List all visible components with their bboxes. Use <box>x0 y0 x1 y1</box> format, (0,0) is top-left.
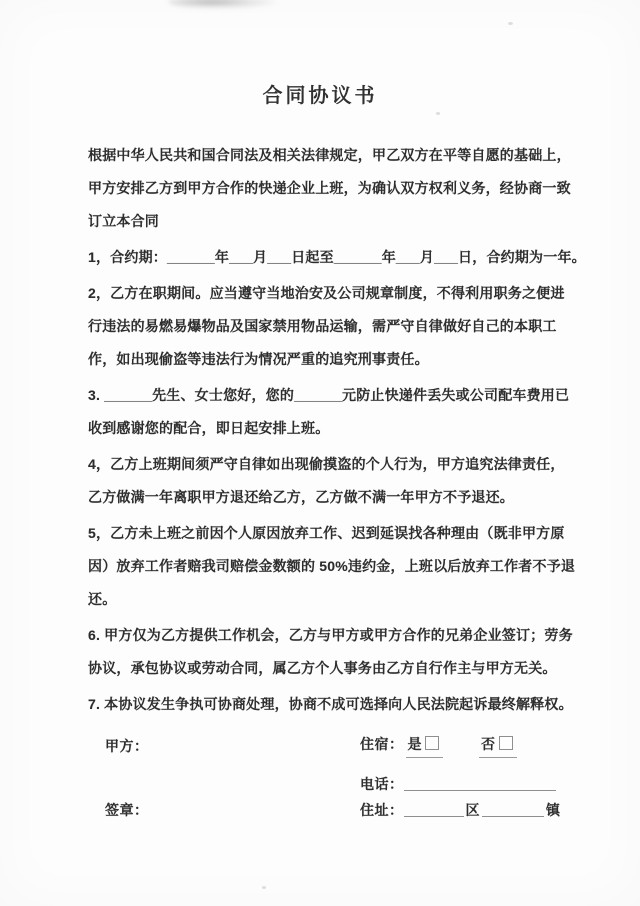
address-town-blank <box>482 803 544 817</box>
scanned-contract-page: 合同协议书 根据中华人民共和国合同法及相关法律规定，甲乙双方在平等自愿的基础上，… <box>0 0 640 906</box>
clause-1: 1，合约期：______年___月___日起至______年___月___日，合… <box>88 241 554 274</box>
address-district-blank <box>404 803 464 817</box>
text-line: 2，乙方在职期间。应当遵守当地治安及公司规章制度，不得利用职务之便进 <box>88 277 554 310</box>
text-line: 5，乙方未上班之前因个人原因放弃工作、迟到延误找各种理由（既非甲方原 <box>88 517 554 550</box>
intro-paragraph: 根据中华人民共和国合同法及相关法律规定，甲乙双方在平等自愿的基础上， 甲方安排乙… <box>88 139 554 238</box>
phone-blank-field <box>404 777 556 791</box>
lodging-label: 住宿： <box>360 736 404 752</box>
phone-row: 电话： <box>360 774 556 794</box>
lodging-yes-option: 是 <box>406 734 444 758</box>
phone-label: 电话： <box>360 776 404 792</box>
lodging-yes-checkbox <box>425 736 439 750</box>
scan-smudge-artifact <box>168 0 278 9</box>
text-line: 收到感谢您的配合，即日起安排上班。 <box>88 412 554 445</box>
text-line: 作，如出现偷盗等违法行为情况严重的追究刑事责任。 <box>88 343 554 376</box>
lodging-yes-label: 是 <box>408 736 423 752</box>
scan-speck <box>436 112 440 115</box>
text-line: 7. 本协议发生争执可协商处理，协商不成可选择向人民法院起诉最终解释权。 <box>88 688 554 721</box>
text-line: 甲方安排乙方到甲方合作的快递企业上班，为确认双方权利义务，经协商一致 <box>88 172 554 205</box>
text-line: 行违法的易燃易爆物品及国家禁用物品运输，需严守自律做好自己的本职工 <box>88 310 554 343</box>
lodging-no-label: 否 <box>481 736 496 752</box>
lodging-no-checkbox <box>499 736 513 750</box>
town-suffix: 镇 <box>546 802 561 818</box>
text-line: 乙方做满一年离职甲方退还给乙方，乙方做不满一年甲方不予退还。 <box>88 481 554 514</box>
lodging-row: 住宿：是否 <box>360 734 517 758</box>
contract-body: 根据中华人民共和国合同法及相关法律规定，甲乙双方在平等自愿的基础上， 甲方安排乙… <box>0 139 640 721</box>
party-a-label: 甲方： <box>105 736 149 756</box>
scan-speck <box>262 886 266 889</box>
text-line: 订立本合同 <box>88 205 554 238</box>
text-line: 因）放弃工作者赔我司赔偿金数额的 50%违约金，上班以后放弃工作者不予退 <box>88 550 554 583</box>
clause-5: 5，乙方未上班之前因个人原因放弃工作、迟到延误找各种理由（既非甲方原 因）放弃工… <box>88 517 554 616</box>
scan-speck <box>508 22 513 25</box>
document-title: 合同协议书 <box>0 84 640 108</box>
clause-7: 7. 本协议发生争执可协商处理，协商不成可选择向人民法院起诉最终解释权。 <box>88 688 554 721</box>
text-line: 协议，承包协议或劳动合同，属乙方个人事务由乙方自行作主与甲方无关。 <box>88 652 554 685</box>
text-line: 6. 甲方仅为乙方提供工作机会，乙方与甲方或甲方合作的兄弟企业签订；劳务 <box>88 619 554 652</box>
text-line: 3. ______先生、女士您好，您的______元防止快递件丢失或公司配车费用… <box>88 379 554 412</box>
district-suffix: 区 <box>466 802 481 818</box>
text-line: 根据中华人民共和国合同法及相关法律规定，甲乙双方在平等自愿的基础上， <box>88 139 554 172</box>
lodging-no-option: 否 <box>479 734 517 758</box>
text-line: 4，乙方上班期间须严守自律如出现偷摸盗的个人行为，甲方追究法律责任， <box>88 448 554 481</box>
seal-label: 签章： <box>105 800 149 820</box>
text-line: 1，合约期：______年___月___日起至______年___月___日，合… <box>88 241 554 274</box>
clause-6: 6. 甲方仅为乙方提供工作机会，乙方与甲方或甲方合作的兄弟企业签订；劳务 协议，… <box>88 619 554 685</box>
clause-2: 2，乙方在职期间。应当遵守当地治安及公司规章制度，不得利用职务之便进 行违法的易… <box>88 277 554 376</box>
address-row: 住址：区镇 <box>360 800 563 820</box>
clause-3: 3. ______先生、女士您好，您的______元防止快递件丢失或公司配车费用… <box>88 379 554 445</box>
clause-4: 4，乙方上班期间须严守自律如出现偷摸盗的个人行为，甲方追究法律责任， 乙方做满一… <box>88 448 554 514</box>
text-line: 还。 <box>88 583 554 616</box>
address-label: 住址： <box>360 802 404 818</box>
